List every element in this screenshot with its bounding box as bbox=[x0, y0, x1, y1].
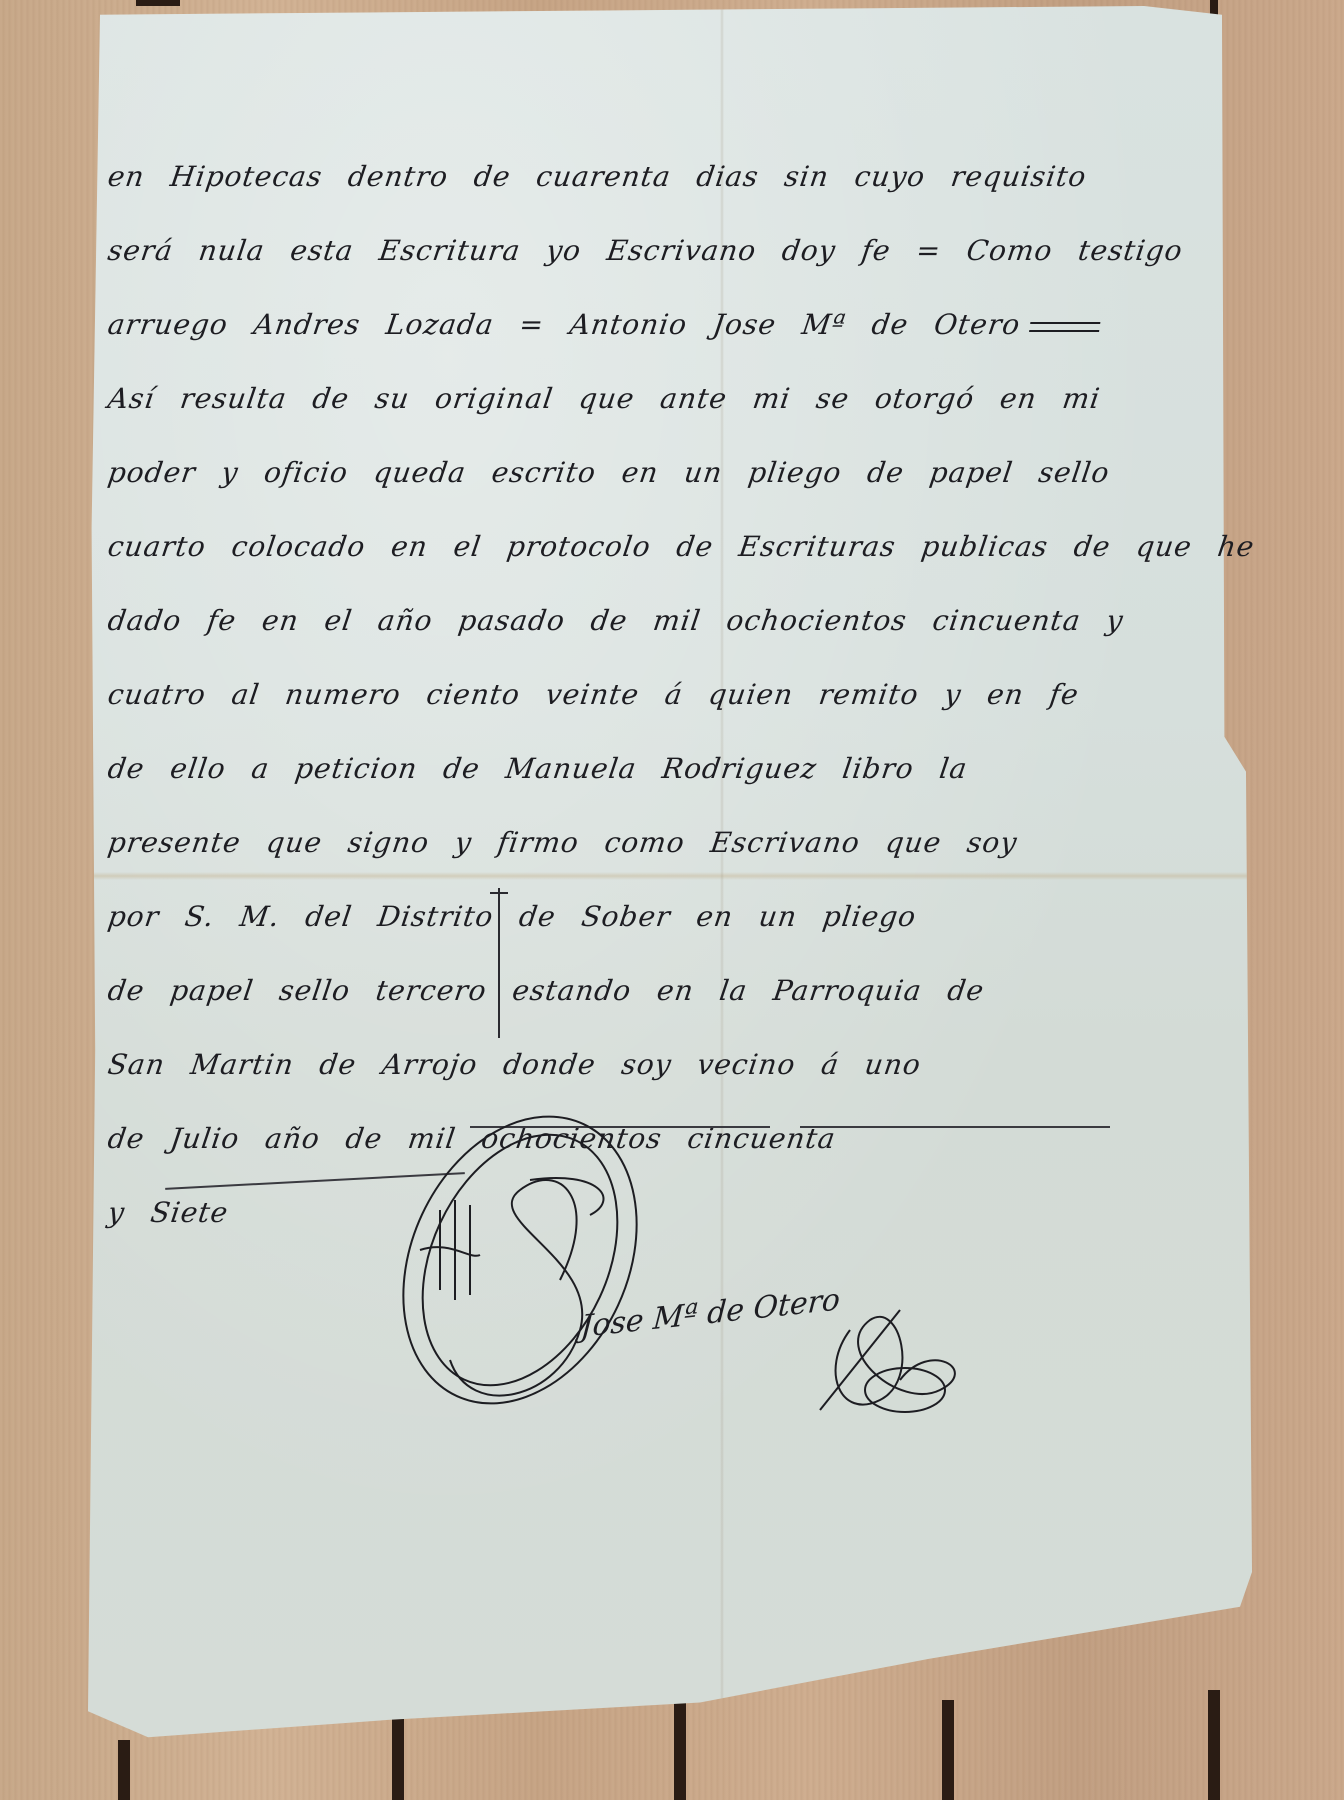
handwritten-text: en Hipotecas dentro de cuarenta dias sin… bbox=[108, 140, 1118, 1250]
plank-gap bbox=[118, 1740, 130, 1800]
text-line: arruego Andres Lozada = Antonio Jose Mª … bbox=[103, 288, 1123, 362]
text-line: cuatro al numero ciento veinte á quien r… bbox=[103, 658, 1123, 732]
text-line: dado fe en el año pasado de mil ochocien… bbox=[103, 584, 1123, 658]
text-line: de Julio año de mil ochocientos cincuent… bbox=[103, 1102, 1123, 1176]
text-line: será nula esta Escritura yo Escrivano do… bbox=[103, 214, 1123, 288]
plank-gap bbox=[942, 1700, 954, 1800]
text-line: Así resulta de su original que ante mi s… bbox=[103, 362, 1123, 436]
text-line: y Siete bbox=[103, 1176, 1123, 1250]
closing-rule bbox=[800, 1126, 1110, 1128]
plank-gap bbox=[136, 0, 180, 6]
cross-mark bbox=[498, 888, 500, 1038]
text-line: presente que signo y firmo como Escrivan… bbox=[103, 806, 1123, 880]
text-line: San Martin de Arrojo donde soy vecino á … bbox=[103, 1028, 1123, 1102]
text-line: en Hipotecas dentro de cuarenta dias sin… bbox=[103, 140, 1123, 214]
plank-gap bbox=[674, 1700, 686, 1800]
text-line: de papel sello tercero estando en la Par… bbox=[103, 954, 1123, 1028]
text-line: por S. M. del Distrito de Sober en un pl… bbox=[103, 880, 1123, 954]
closing-rule bbox=[470, 1126, 770, 1128]
text-line: de ello a peticion de Manuela Rodriguez … bbox=[103, 732, 1123, 806]
plank-gap bbox=[1208, 1690, 1220, 1800]
text-line: cuarto colocado en el protocolo de Escri… bbox=[103, 510, 1123, 584]
text-line: poder y oficio queda escrito en un plieg… bbox=[103, 436, 1123, 510]
